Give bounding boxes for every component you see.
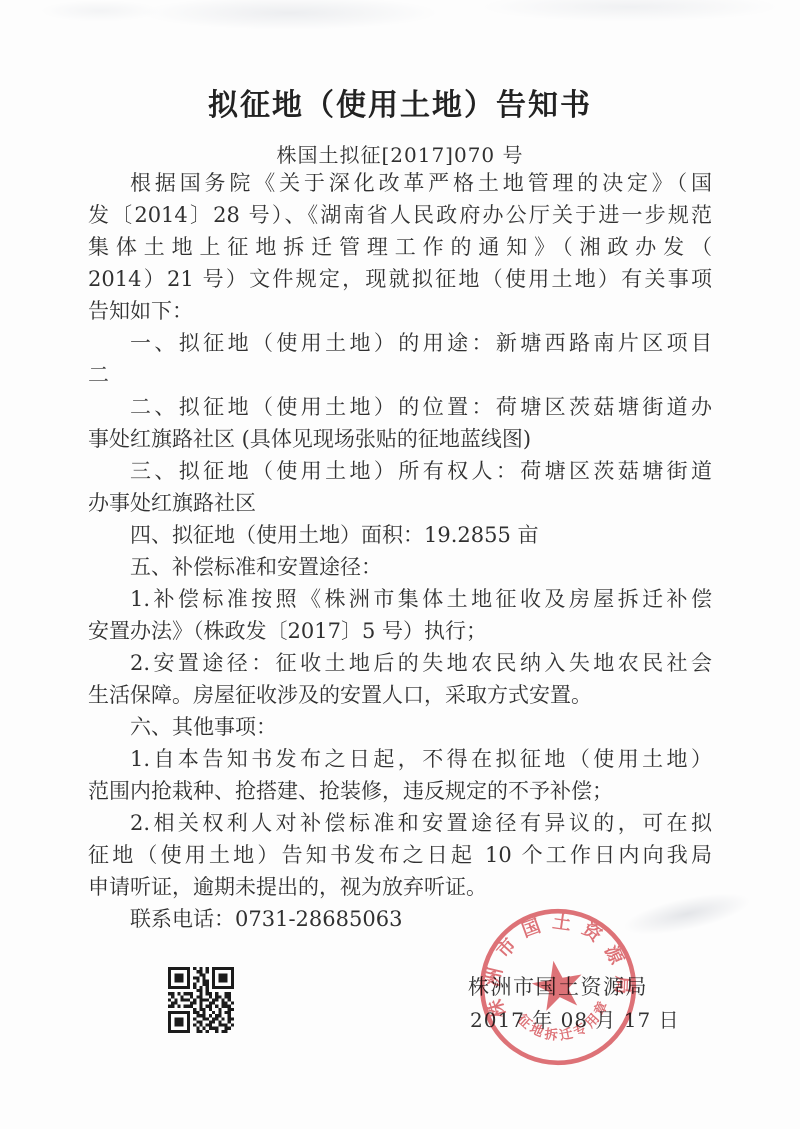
qr-code [168, 967, 234, 1033]
body-line: 二 [88, 359, 712, 391]
seal-bottom-text: 征地拆迁专用章 [511, 994, 618, 1052]
body-line: 2.相关权利人对补偿标准和安置途径有异议的，可在拟 [88, 807, 712, 839]
body-line: 三、拟征地（使用土地）所有权人：荷塘区茨菇塘街道 [88, 455, 712, 487]
body-line: 四、拟征地（使用土地）面积：19.2855 亩 [88, 519, 712, 551]
body-line: 五、补偿标准和安置途径： [88, 551, 712, 583]
scan-smudge [140, 0, 440, 30]
svg-text:征地拆迁专用章: 征地拆迁专用章 [511, 994, 618, 1052]
body-line: 1.自本告知书发布之日起，不得在拟征地（使用土地） [88, 743, 712, 775]
document-title: 拟征地（使用土地）告知书 [0, 80, 800, 124]
body-line: 1.补偿标准按照《株洲市集体土地征收及房屋拆迁补偿 [88, 583, 712, 615]
body-line: 安置办法》（株政发〔2017〕5 号）执行； [88, 615, 712, 647]
scan-smudge [40, 0, 160, 22]
body-line: 一、拟征地（使用土地）的用途：新塘西路南片区项目 [88, 327, 712, 359]
body-line: 集体土地上征地拆迁管理工作的通知》（湘政办发（ [88, 231, 712, 263]
body-line: 办事处红旗路社区 [88, 487, 712, 519]
body-line: 2014）21 号）文件规定，现就拟征地（使用土地）有关事项 [88, 263, 712, 295]
body-line: 告知如下： [88, 295, 712, 327]
scan-smudge [480, 0, 780, 22]
document-body: 根据国务院《关于深化改革严格土地管理的决定》（国 发〔2014〕28 号）、《湖… [88, 167, 712, 935]
body-line: 范围内抢栽种、抢搭建、抢装修，违反规定的不予补偿； [88, 775, 712, 807]
body-line: 生活保障。房屋征收涉及的安置人口，采取方式安置。 [88, 679, 712, 711]
body-line: 二、拟征地（使用土地）的位置：荷塘区茨菇塘街道办 [88, 391, 712, 423]
document-number: 株国土拟征[2017]070 号 [0, 139, 800, 168]
body-line: 根据国务院《关于深化改革严格土地管理的决定》（国 [88, 167, 712, 199]
scanned-document-page: 拟征地（使用土地）告知书 株国土拟征[2017]070 号 根据国务院《关于深化… [0, 0, 800, 1129]
body-line: 六、其他事项： [88, 711, 712, 743]
body-line: 发〔2014〕28 号）、《湖南省人民政府办公厅关于进一步规范 [88, 199, 712, 231]
star-icon [528, 956, 586, 1012]
body-line: 2.安置途径：征收土地后的失地农民纳入失地农民社会 [88, 647, 712, 679]
official-seal: 株洲市国土资源局 征地拆迁专用章 [463, 892, 653, 1082]
body-line: 事处红旗路社区 (具体见现场张贴的征地蓝线图) [88, 423, 712, 455]
body-line: 征地（使用土地）告知书发布之日起 10 个工作日内向我局 [88, 839, 712, 871]
